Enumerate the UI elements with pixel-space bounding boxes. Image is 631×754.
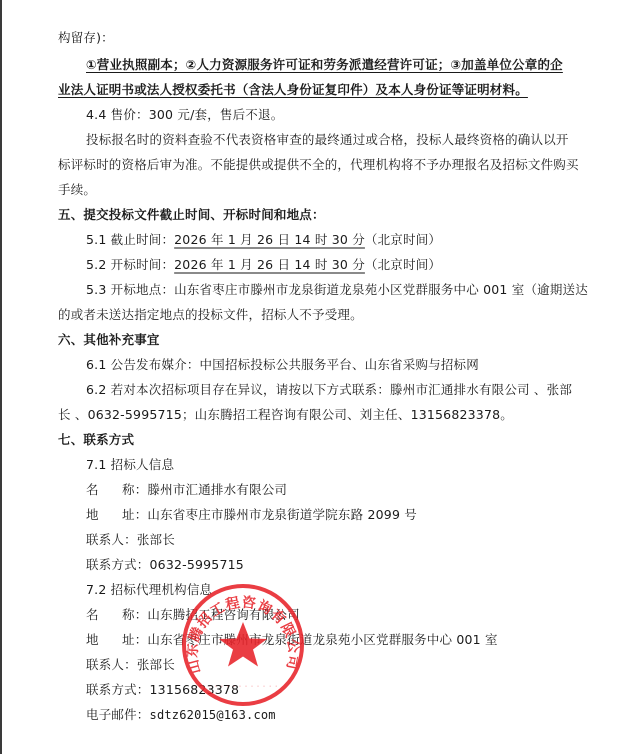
address-label-b: 址： [122, 632, 147, 647]
agency-contact-line: 联系人：张部长 [86, 657, 175, 673]
tenderer-name: 滕州市汇通排水有限公司 [147, 482, 287, 497]
agency-email-line: 电子邮件：sdtz62015@163.com [86, 707, 276, 723]
phone-label: 联系方式： [86, 682, 150, 697]
agency-address-line: 地址：山东省枣庄市滕州市龙泉街道龙泉苑小区党群服务中心 001 室 [86, 632, 498, 648]
location-line-2: 的或者未送达指定地点的投标文件，招标人不予受理。 [58, 307, 363, 323]
required-materials-line-2: 业法人证明书或法人授权委托书（含法人身份证复印件）及本人身份证等证明材料。 [58, 82, 528, 98]
tenderer-name-line: 名称：滕州市汇通排水有限公司 [86, 482, 287, 498]
phone-label: 联系方式： [86, 557, 150, 572]
text-line: 标评标时的资格后审为准。不能提供或提供不全的，代理机构将不予办理报名及招标文件购… [58, 157, 579, 173]
tenderer-title: 7.1 招标人信息 [86, 457, 174, 473]
agency-email: sdtz62015@163.com [150, 708, 276, 722]
tenderer-contact: 张部长 [137, 532, 175, 547]
address-label-b: 址： [122, 507, 147, 522]
opening-label: 5.2 开标时间： [86, 257, 174, 272]
tenderer-phone: 0632-5995715 [150, 557, 244, 572]
agency-phone: 13156823378 [150, 682, 240, 697]
objection-line-1: 6.2 若对本次招标项目存在异议，请按以下方式联系：滕州市汇通排水有限公司 、张… [86, 382, 572, 398]
agency-name-line: 名称：山东腾招工程咨询有限公司 [86, 607, 300, 623]
agency-contact: 张部长 [137, 657, 175, 672]
deadline-suffix: （北京时间） [365, 232, 441, 247]
agency-phone-line: 联系方式：13156823378 [86, 682, 239, 698]
text-line: 手续。 [58, 182, 96, 198]
media-line: 6.1 公告发布媒介：中国招标投标公共服务平台、山东省采购与招标网 [86, 357, 479, 373]
contact-label: 联系人： [86, 532, 137, 547]
text-line: 构留存)： [58, 30, 114, 46]
deadline-value: 2026 年 1 月 26 日 14 时 30 分 [174, 232, 365, 247]
tenderer-address-line: 地址：山东省枣庄市滕州市龙泉街道学院东路 2099 号 [86, 507, 417, 523]
address-label-a: 地 [86, 632, 122, 648]
contact-label: 联系人： [86, 657, 137, 672]
agency-name: 山东腾招工程咨询有限公司 [147, 607, 299, 622]
objection-line-2: 长 、0632-5995715；山东腾招工程咨询有限公司、刘主任、1315682… [58, 407, 513, 423]
location-line-1: 5.3 开标地点：山东省枣庄市滕州市龙泉街道龙泉苑小区党群服务中心 001 室（… [86, 282, 588, 298]
agency-title: 7.2 招标代理机构信息 [86, 582, 212, 598]
section-heading-6: 六、其他补充事宜 [58, 332, 160, 348]
address-label-a: 地 [86, 507, 122, 523]
tenderer-phone-line: 联系方式：0632-5995715 [86, 557, 244, 573]
section-heading-7: 七、联系方式 [58, 432, 134, 448]
tenderer-address: 山东省枣庄市滕州市龙泉街道学院东路 2099 号 [147, 507, 417, 522]
agency-address: 山东省枣庄市滕州市龙泉街道龙泉苑小区党群服务中心 001 室 [147, 632, 497, 647]
text-line: 投标报名时的资料查验不代表资格审查的最终通过或合格，投标人最终资格的确认以开 [86, 132, 569, 148]
name-label-b: 称： [122, 607, 147, 622]
email-label: 电子邮件： [86, 707, 150, 722]
section-heading-5: 五、提交投标文件截止时间、开标时间和地点： [58, 207, 325, 223]
document-page: 构留存)： ①营业执照副本；②人力资源服务许可证和劳务派遣经营许可证；③加盖单位… [0, 0, 631, 754]
opening-time-line: 5.2 开标时间：2026 年 1 月 26 日 14 时 30 分（北京时间） [86, 257, 441, 273]
name-label-b: 称： [122, 482, 147, 497]
name-label-a: 名 [86, 482, 122, 498]
opening-suffix: （北京时间） [365, 257, 441, 272]
tenderer-contact-line: 联系人：张部长 [86, 532, 175, 548]
deadline-label: 5.1 截止时间： [86, 232, 174, 247]
opening-value: 2026 年 1 月 26 日 14 时 30 分 [174, 257, 365, 272]
deadline-line: 5.1 截止时间：2026 年 1 月 26 日 14 时 30 分（北京时间） [86, 232, 441, 248]
required-materials-line-1: ①营业执照副本；②人力资源服务许可证和劳务派遣经营许可证；③加盖单位公章的企 [86, 57, 563, 73]
price-line: 4.4 售价：300 元/套，售后不退。 [86, 107, 283, 123]
name-label-a: 名 [86, 607, 122, 623]
